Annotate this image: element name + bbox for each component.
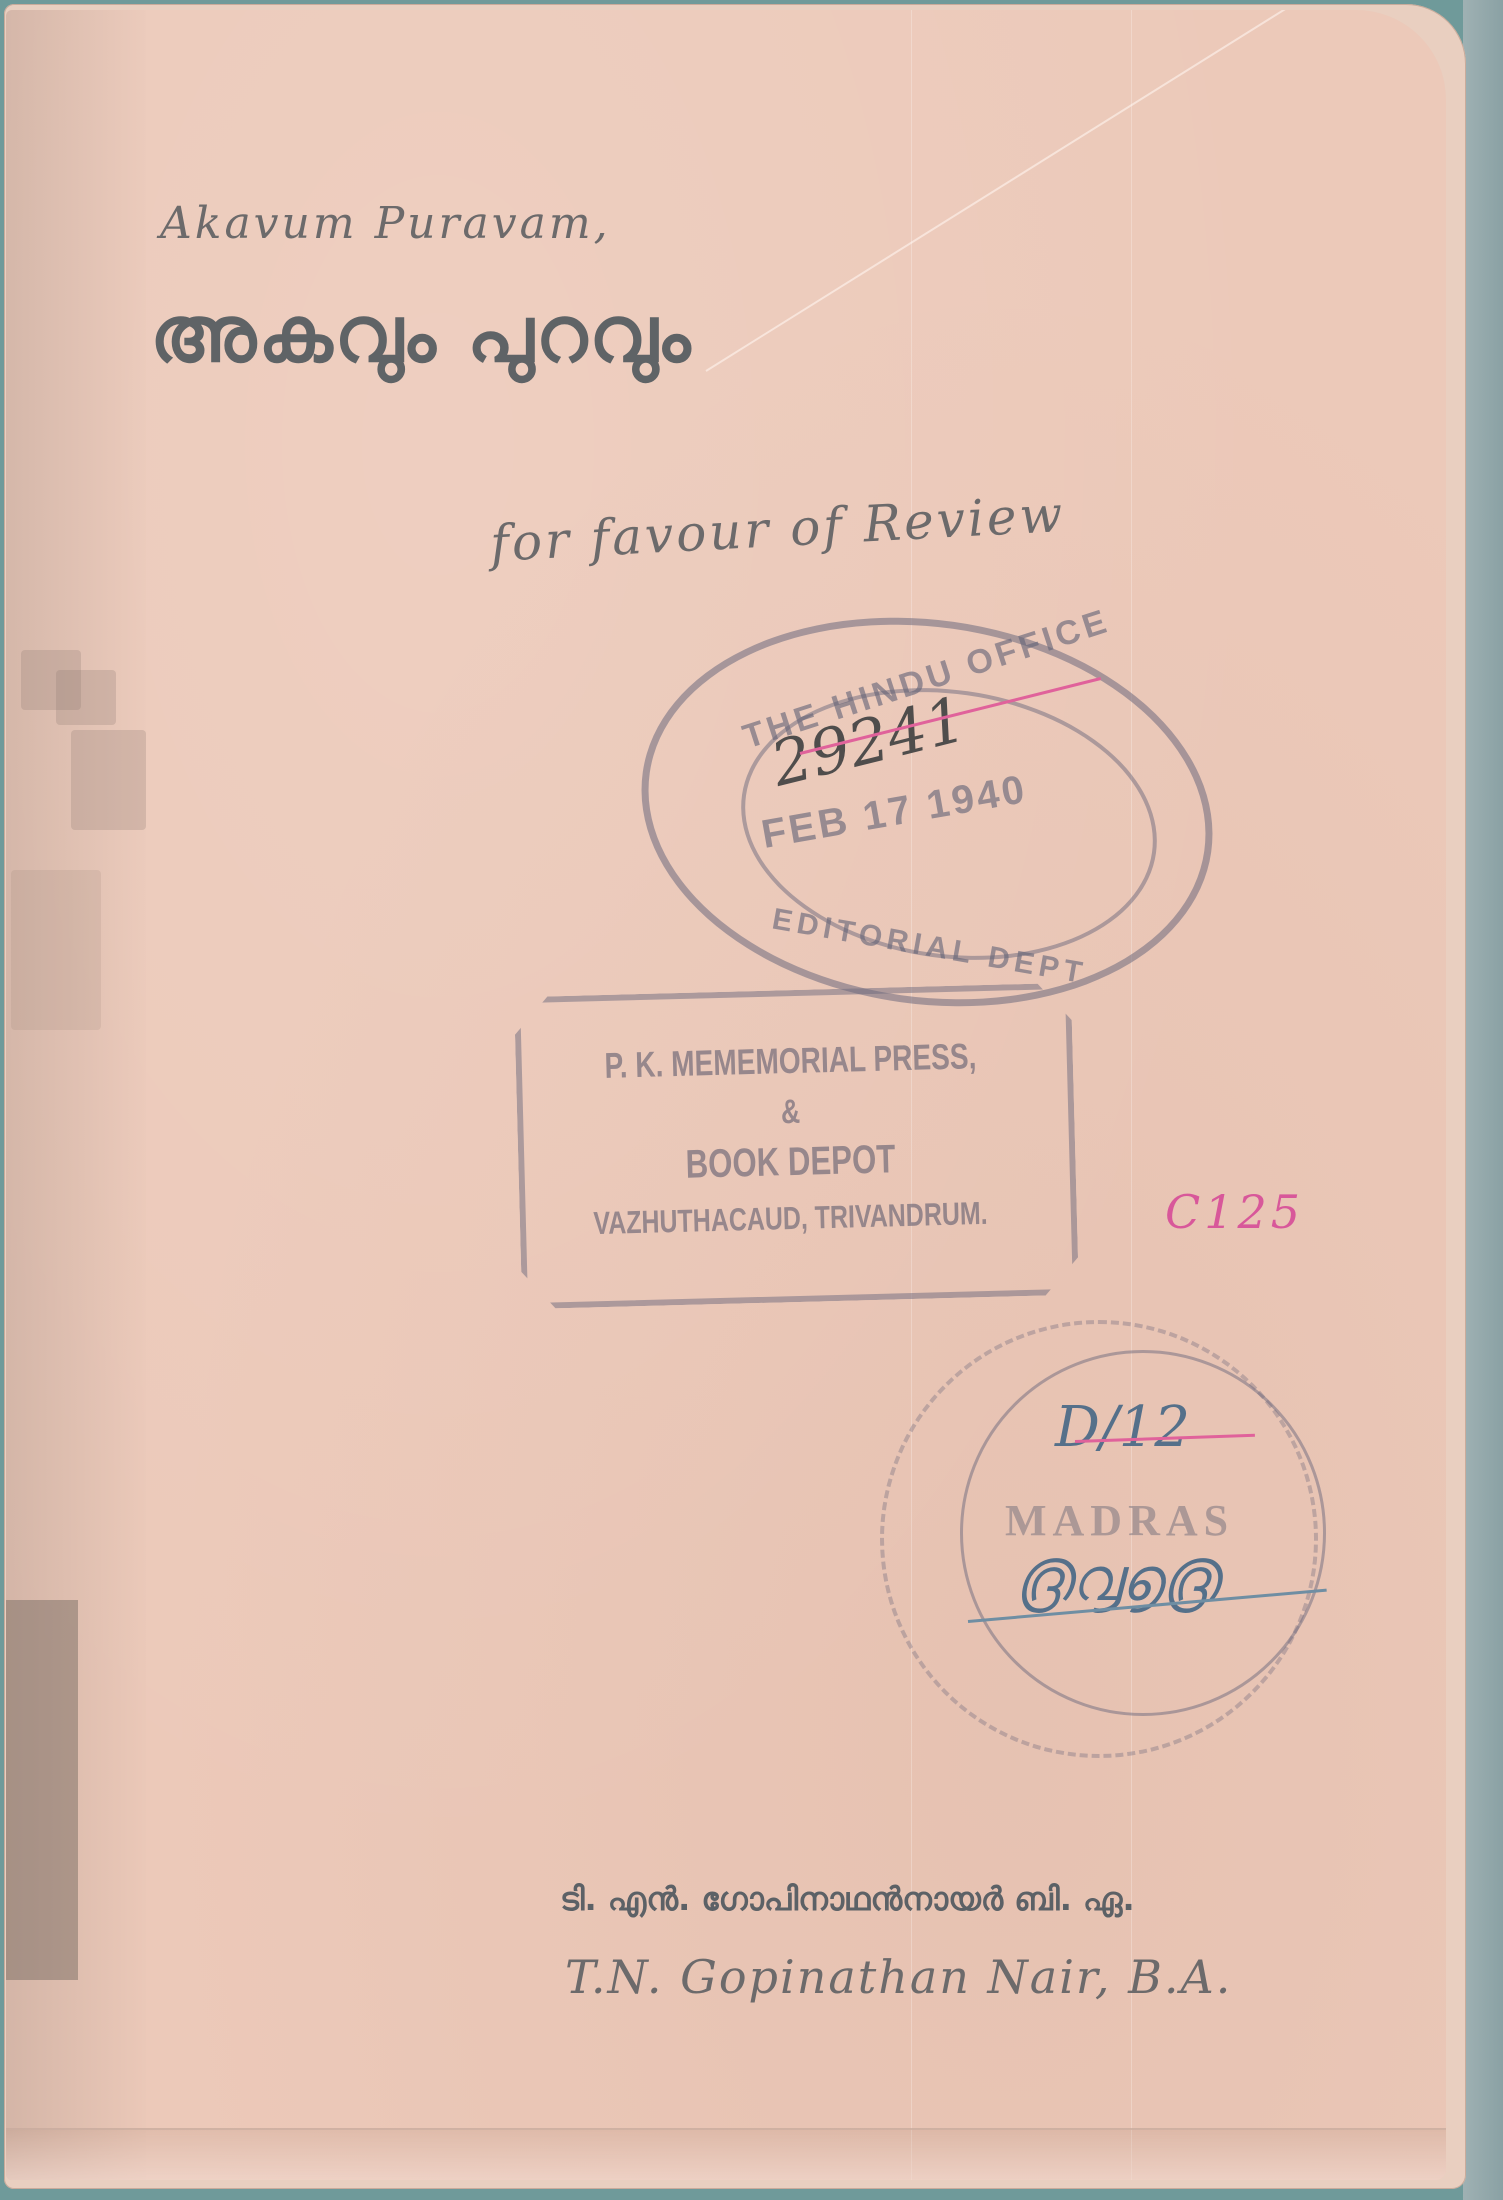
handwritten-title: Akavum Puravam,: [160, 198, 611, 249]
printed-title-malayalam: അകവും പുറവും: [150, 290, 692, 381]
blue-handwritten-code: D/12: [1055, 1395, 1190, 1460]
spine-stain: [6, 1600, 78, 1980]
spine-tear: [56, 670, 116, 725]
spine-tear: [11, 870, 101, 1030]
scan-artifact: [1131, 10, 1132, 2180]
red-catalog-mark: C125: [1165, 1185, 1304, 1239]
author-name-malayalam: ടി. എൻ. ഗോപിനാഥൻനായർ ബി. ഏ.: [560, 1880, 1135, 1919]
circle-stamp-center-text: MADRAS: [1005, 1495, 1234, 1546]
author-name-handwritten: T.N. Gopinathan Nair, B.A.: [565, 1950, 1232, 2004]
scanner-backdrop: [1463, 0, 1503, 2200]
blue-handwritten-number: ൫൮൭൫: [1015, 1545, 1218, 1615]
bottom-fold: [6, 2128, 1446, 2180]
paper-crease: [705, 10, 1384, 372]
spine-tear: [71, 730, 146, 830]
